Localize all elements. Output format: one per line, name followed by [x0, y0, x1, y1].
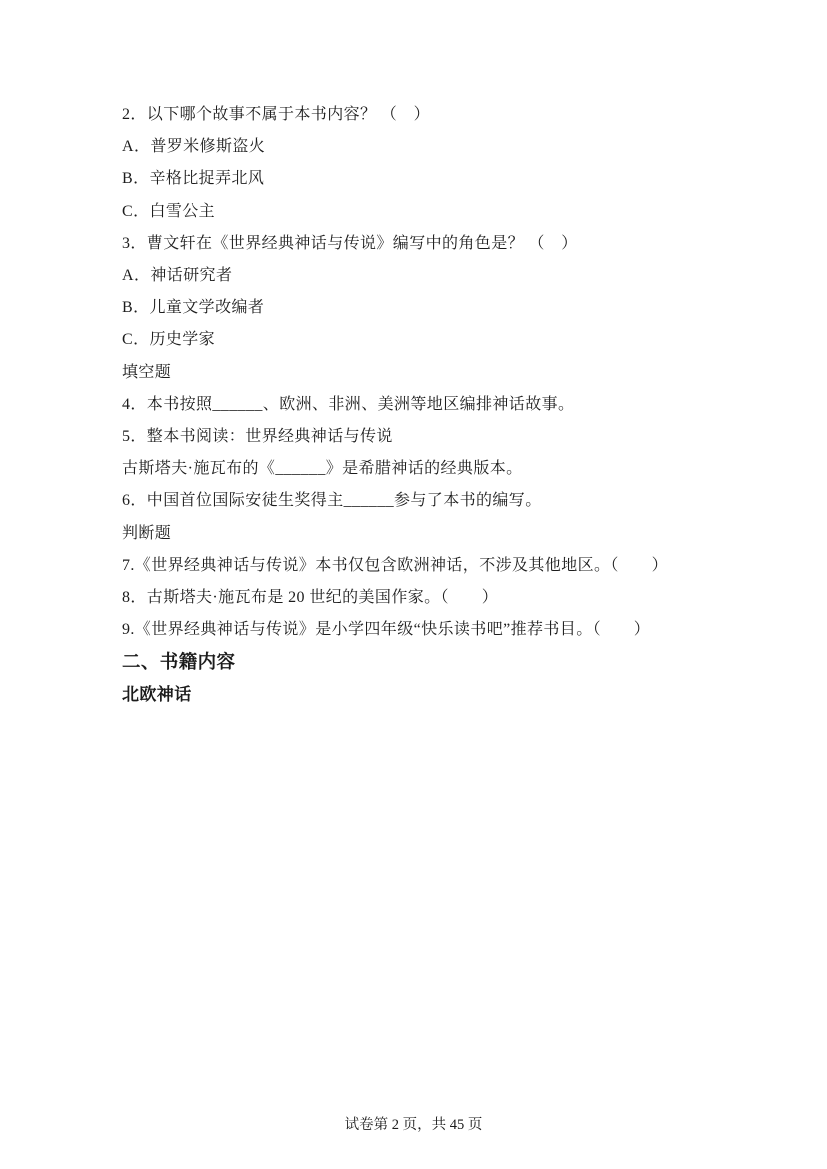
question-2-option-c: C．白雪公主 [122, 196, 722, 228]
subsection-heading-norse-mythology: 北欧神话 [122, 679, 722, 711]
section-heading-book-content: 二、书籍内容 [122, 646, 722, 678]
question-2-option-b: B．辛格比捉弄北风 [122, 163, 722, 195]
exam-content: 2．以下哪个故事不属于本书内容？ （ ） A．普罗米修斯盗火 B．辛格比捉弄北风… [122, 99, 722, 711]
section-label-fill-in-blank: 填空题 [122, 357, 722, 389]
question-5-continuation: 古斯塔夫·施瓦布的《______》是希腊神话的经典版本。 [122, 453, 722, 485]
exam-paper-page: 2．以下哪个故事不属于本书内容？ （ ） A．普罗米修斯盗火 B．辛格比捉弄北风… [0, 0, 827, 1169]
question-3-option-a: A．神话研究者 [122, 260, 722, 292]
question-7: 7.《世界经典神话与传说》本书仅包含欧洲神话，不涉及其他地区。（ ） [122, 550, 722, 582]
question-8: 8．古斯塔夫·施瓦布是 20 世纪的美国作家。（ ） [122, 582, 722, 614]
question-3-option-b: B．儿童文学改编者 [122, 292, 722, 324]
question-5: 5．整本书阅读：世界经典神话与传说 [122, 421, 722, 453]
page-footer: 试卷第 2 页，共 45 页 [0, 1112, 827, 1138]
question-9: 9.《世界经典神话与传说》是小学四年级“快乐读书吧”推荐书目。（ ） [122, 614, 722, 646]
question-4: 4．本书按照______、欧洲、非洲、美洲等地区编排神话故事。 [122, 389, 722, 421]
question-3: 3．曹文轩在《世界经典神话与传说》编写中的角色是？ （ ） [122, 228, 722, 260]
question-2: 2．以下哪个故事不属于本书内容？ （ ） [122, 99, 722, 131]
section-label-true-false: 判断题 [122, 518, 722, 550]
question-3-option-c: C．历史学家 [122, 324, 722, 356]
question-6: 6．中国首位国际安徒生奖得主______参与了本书的编写。 [122, 485, 722, 517]
question-2-option-a: A．普罗米修斯盗火 [122, 131, 722, 163]
